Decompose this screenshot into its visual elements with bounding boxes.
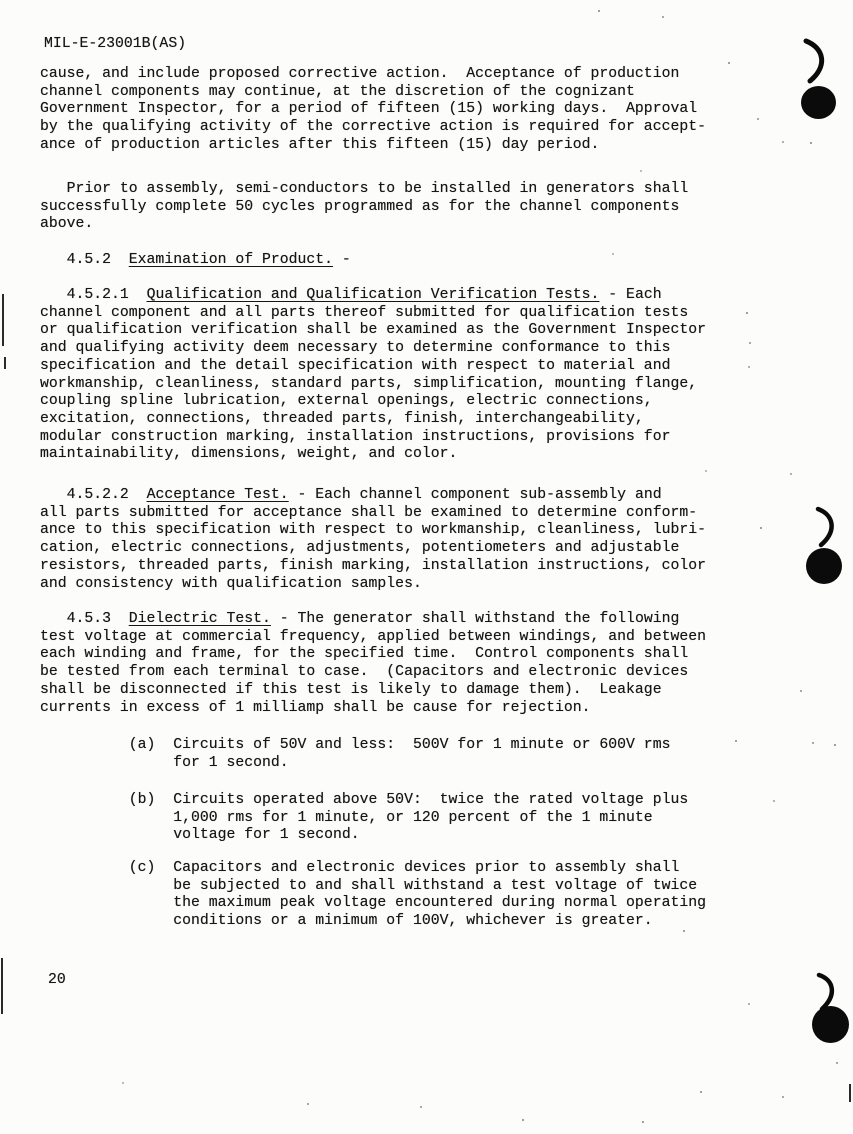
pen-crescent-mark-top [798,38,832,84]
section-4-5-3: 4.5.3 Dielectric Test. - The generator s… [40,611,706,717]
scan-edge-line-upper [2,294,4,346]
scan-edge-tick [4,357,6,369]
punch-hole-middle [806,548,842,584]
punch-hole-top [801,86,836,119]
section-4-5-2-rest: - [333,252,351,268]
document-id-header: MIL-E-23001B(AS) [44,36,186,54]
list-item-c: (c) Capacitors and electronic devices pr… [40,860,706,931]
document-page: MIL-E-23001B(AS) cause, and include prop… [0,0,853,1134]
section-4-5-2-number: 4.5.2 [40,252,129,268]
section-4-5-3-number: 4.5.3 [40,611,129,627]
scan-noise-specks [0,0,2,2]
list-item-a: (a) Circuits of 50V and less: 500V for 1… [40,737,670,772]
pen-crescent-mark-middle [812,506,840,548]
paragraph-prior-to-assembly: Prior to assembly, semi-conductors to be… [40,181,688,234]
section-4-5-2: 4.5.2 Examination of Product. - [40,252,351,270]
punch-hole-bottom [812,1006,849,1043]
section-4-5-2-2-number: 4.5.2.2 [40,487,147,503]
section-4-5-2-1-body: - Each channel component and all parts t… [40,287,706,462]
scan-edge-line-right [849,1084,851,1102]
page-number: 20 [48,972,66,990]
section-4-5-2-2: 4.5.2.2 Acceptance Test. - Each channel … [40,487,706,593]
section-4-5-2-1-title: Qualification and Qualification Verifica… [147,287,600,303]
section-4-5-2-2-title: Acceptance Test. [147,487,289,503]
section-4-5-2-1-number: 4.5.2.1 [40,287,147,303]
section-4-5-2-title: Examination of Product. [129,252,333,268]
list-item-b: (b) Circuits operated above 50V: twice t… [40,792,688,845]
section-4-5-3-title: Dielectric Test. [129,611,271,627]
paragraph-continuation: cause, and include proposed corrective a… [40,66,706,155]
scan-edge-line-lower [1,958,3,1014]
section-4-5-2-1: 4.5.2.1 Qualification and Qualification … [40,287,706,464]
